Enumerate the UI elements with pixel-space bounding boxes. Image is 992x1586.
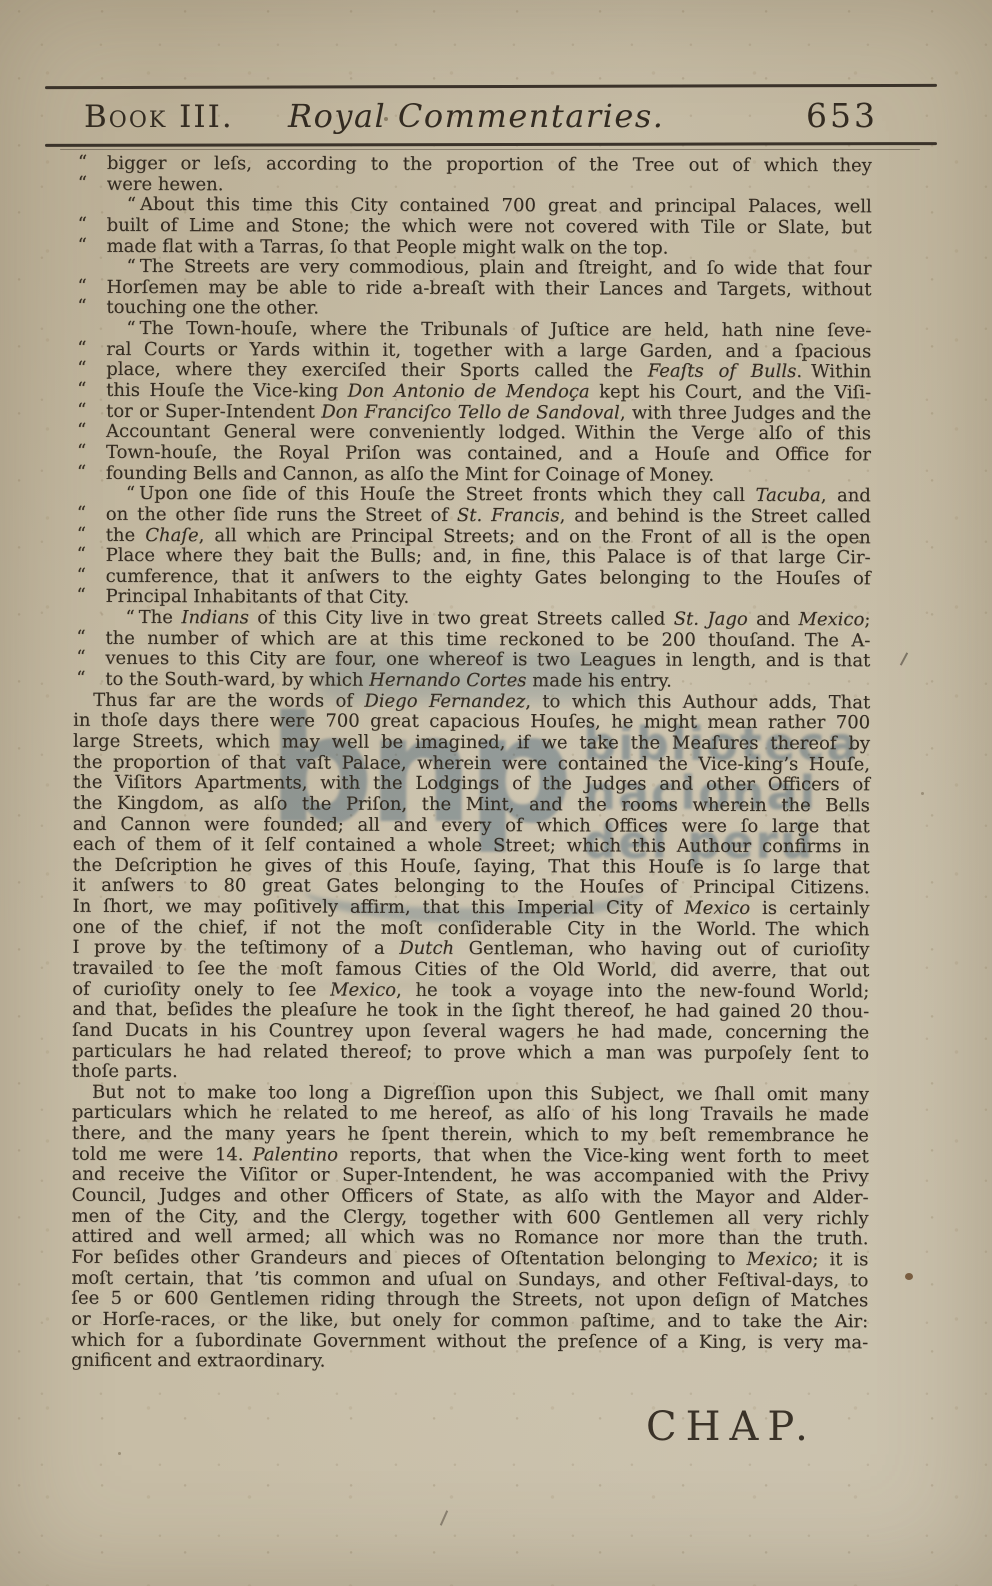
paragraph: Thus far are the words of Diego Fernande… <box>72 690 870 1085</box>
book-label: Book III. <box>84 99 234 135</box>
page-body: “bigger or leſs, according to the propor… <box>71 154 872 1374</box>
quote-mark: “ <box>76 648 85 669</box>
paragraph: “About this time this City contained 700… <box>107 195 872 259</box>
quote-mark: “ <box>127 194 140 215</box>
paragraph: But not to make too long a Digreſſion up… <box>71 1083 869 1374</box>
paper-stain <box>905 1273 913 1280</box>
paper-stain <box>921 792 924 795</box>
paragraph: “The Town-houſe, where the Tribunals of … <box>106 319 872 487</box>
quote-mark: “ <box>78 173 87 194</box>
paragraph: “Upon one ſide of this Houſe the Street … <box>105 484 870 610</box>
paper-stain <box>118 1452 121 1455</box>
quote-mark: “ <box>77 359 86 380</box>
quote-mark: “ <box>77 380 86 401</box>
paragraph: “bigger or leſs, according to the propor… <box>107 154 872 198</box>
stray-ink-mark <box>900 652 908 665</box>
book-page-scan: bnp biblioteca nacional del perú Book II… <box>0 0 992 1586</box>
running-title: Royal Commentaries. <box>288 97 664 135</box>
quote-mark: “ <box>76 669 85 690</box>
quote-mark: “ <box>77 462 86 483</box>
header-rule-echo <box>60 149 920 150</box>
page-number: 653 <box>806 96 878 135</box>
quote-mark: “ <box>77 421 86 442</box>
quote-mark: “ <box>76 586 85 607</box>
quote-mark: “ <box>77 297 86 318</box>
quote-mark: “ <box>77 442 86 463</box>
quote-mark: “ <box>77 566 86 587</box>
quote-mark: “ <box>125 607 138 628</box>
quote-mark: “ <box>77 504 86 525</box>
paragraph: “The Indians of this City live in two gr… <box>105 608 870 693</box>
quote-mark: “ <box>78 215 87 236</box>
text-line: particulars he had related thereof; to p… <box>72 1041 869 1064</box>
quote-mark: “ <box>77 524 86 545</box>
quote-mark: “ <box>77 277 86 298</box>
text-line: gnificent and extraordinary. <box>71 1351 868 1374</box>
quote-mark: “ <box>78 235 87 256</box>
paper-stain <box>858 540 861 543</box>
paper-stain <box>384 117 388 121</box>
catchword: CHAP. <box>646 1404 817 1450</box>
paragraph: “The Streets are very commodious, plain … <box>106 257 871 321</box>
quote-mark: “ <box>127 256 140 277</box>
quote-mark: “ <box>77 339 86 360</box>
header-rule-bottom <box>45 142 937 147</box>
header-rule-top <box>45 84 937 89</box>
quote-mark: “ <box>76 627 85 648</box>
stray-ink-mark <box>440 1510 448 1525</box>
quote-mark: “ <box>78 153 87 174</box>
quote-mark: “ <box>126 318 139 339</box>
quote-mark: “ <box>126 483 139 504</box>
quote-mark: “ <box>77 545 86 566</box>
quote-mark: “ <box>77 400 86 421</box>
